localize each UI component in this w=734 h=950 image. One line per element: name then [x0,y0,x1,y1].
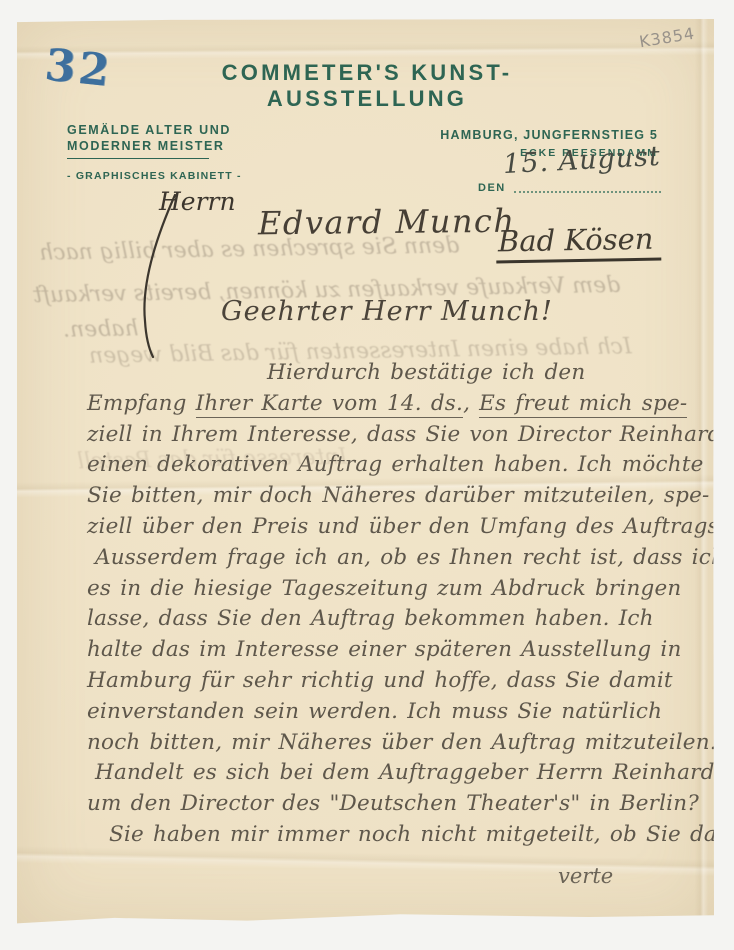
body-line: es in die hiesige Tageszeitung zum Abdru… [87,574,734,605]
body-line: Sie bitten, mir doch Näheres darüber mit… [87,481,734,512]
letter-paper: denn Sie sprechen es aber billig nach de… [17,19,714,927]
letterhead-subtitle-block: GEMÄLDE ALTER UND MODERNER MEISTER - GRA… [67,122,242,182]
body-line: Handelt es sich bei dem Auftraggeber Her… [87,758,734,789]
letterhead-rule [67,158,209,159]
letterhead-subtitle-line1: GEMÄLDE ALTER UND [67,122,242,138]
body-line: Ausserdem frage ich an, ob es Ihnen rech… [87,543,734,574]
body-line: einen dekorativen Auftrag erhalten haben… [87,450,734,481]
recipient-place: Bad Kösen [496,222,662,264]
letterhead-subtitle-line2: MODERNER MEISTER [67,138,242,154]
date-label: DEN [478,182,506,194]
collection-number-annotation: 32 [43,40,115,98]
body-line: Hamburg für sehr richtig und hoffe, dass… [87,666,734,697]
body-line: halte das im Interesse einer späteren Au… [87,635,734,666]
body-line: Empfang Ihrer Karte vom 14. ds., Es freu… [87,389,734,420]
body-segment-underlined: Ihrer Karte vom 14. ds. [196,391,463,418]
body-line: lasse, dass Sie den Auftrag bekommen hab… [87,604,734,635]
body-segment-underlined: Es freut mich spe- [479,391,687,418]
letterhead-address-line1: HAMBURG, JUNGFERNSTIEG 5 [440,128,658,142]
body-line: Sie haben mir immer noch nicht mitgeteil… [87,820,734,851]
body-segment: Empfang [87,391,196,416]
body-line: ziell über den Preis und über den Umfang… [87,512,734,543]
page-turn-note: verte [558,864,613,888]
date-dotted-line [514,191,661,193]
letter-body: Hierdurch bestätige ich den Empfang Ihre… [87,358,734,851]
letter-greeting: Geehrter Herr Munch! [221,296,553,327]
body-line: noch bitten, mir Näheres über den Auftra… [87,728,734,759]
scan-background: denn Sie sprechen es aber billig nach de… [0,0,734,950]
body-segment: , [463,391,479,416]
catalog-number-annotation: K3854 [638,24,696,52]
body-line: Hierdurch bestätige ich den [87,358,734,389]
body-line: um den Director des "Deutschen Theater's… [87,789,734,820]
letterhead-department: - GRAPHISCHES KABINETT - [67,170,242,182]
recipient-name: Edvard Munch [258,202,516,243]
bleedthrough-line: haben. [63,316,139,342]
pen-flourish-stroke [129,191,189,361]
body-line: einverstanden sein werden. Ich muss Sie … [87,697,734,728]
body-line: ziell in Ihrem Interesse, dass Sie von D… [87,420,734,451]
letterhead-title: COMMETER'S KUNST-AUSSTELLUNG [127,60,607,112]
